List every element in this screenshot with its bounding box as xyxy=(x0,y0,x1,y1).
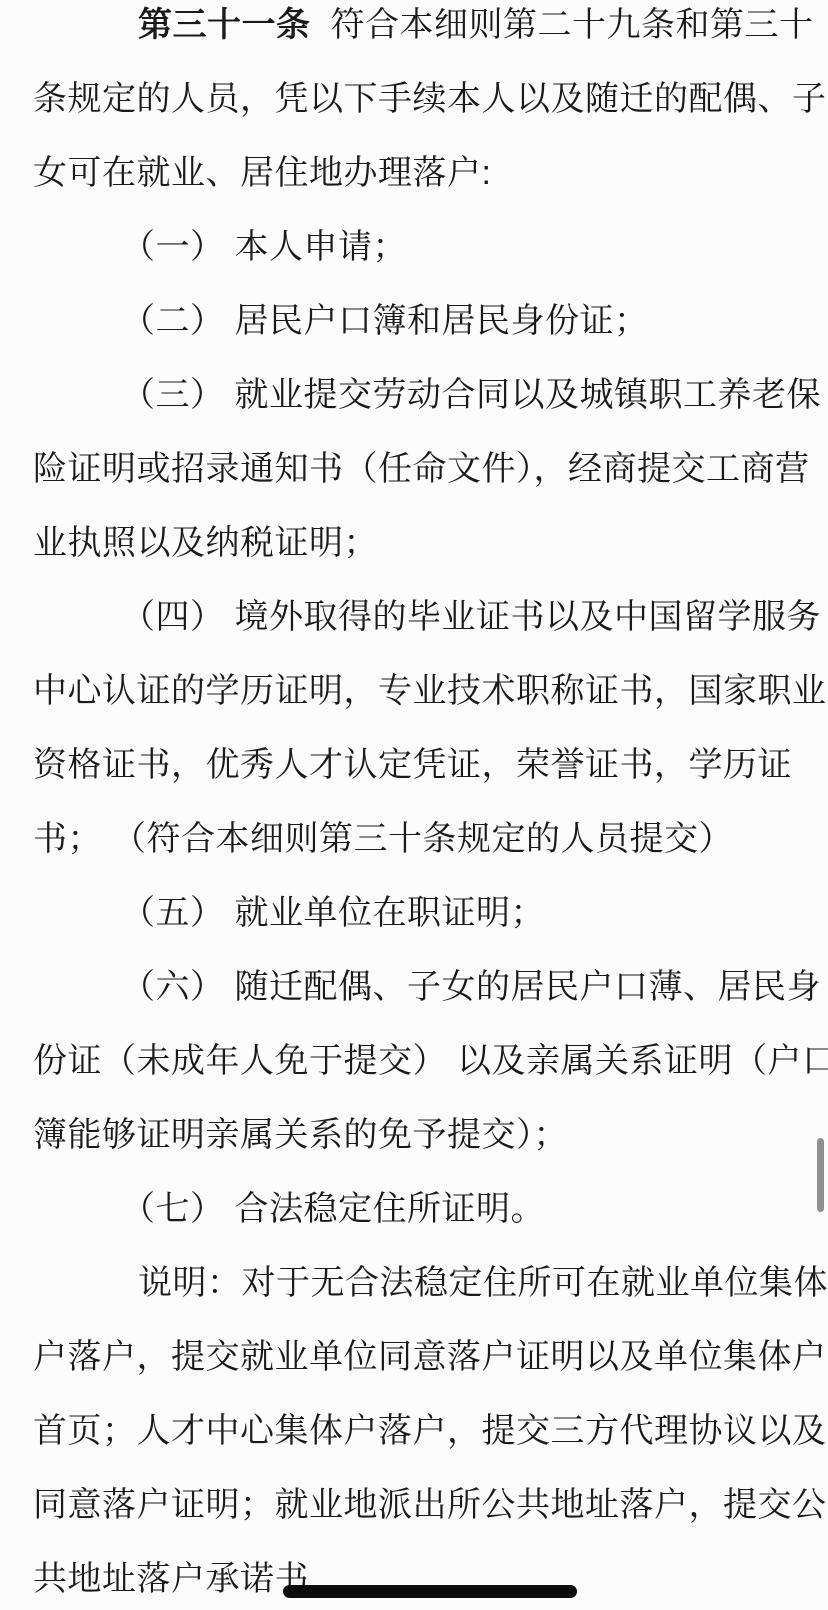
text-line: 同意落户证明；就业地派出所公共地址落户，提交公 xyxy=(33,1468,795,1542)
list-item-7: （七） 合法稳定住所证明。 xyxy=(33,1172,795,1246)
list-item-3: （三） 就业提交劳动合同以及城镇职工养老保 xyxy=(33,358,795,432)
list-item-1: （一） 本人申请； xyxy=(33,210,795,284)
text-line: 共地址落户承诺书 xyxy=(33,1542,795,1610)
article-text-block: 第三十一条符合本细则第二十九条和第三十 条规定的人员，凭以下手续本人以及随迁的配… xyxy=(33,0,795,1610)
text-line: 女可在就业、居住地办理落户: xyxy=(33,136,795,210)
article-number: 第三十一条 xyxy=(138,6,311,44)
redaction-bar-icon xyxy=(283,1585,577,1598)
line-text: 符合本细则第二十九条和第三十 xyxy=(331,6,814,44)
text-line: 资格证书，优秀人才认定凭证，荣誉证书，学历证 xyxy=(33,728,795,802)
text-line: 条规定的人员，凭以下手续本人以及随迁的配偶、子 xyxy=(33,62,795,136)
list-item-6: （六） 随迁配偶、子女的居民户口薄、居民身 xyxy=(33,950,795,1024)
text-line: 中心认证的学历证明，专业技术职称证书，国家职业 xyxy=(33,654,795,728)
text-line: 首页；人才中心集体户落户，提交三方代理协议以及 xyxy=(33,1394,795,1468)
text-line: 簿能够证明亲属关系的免予提交）； xyxy=(33,1098,795,1172)
document-page: 第三十一条符合本细则第二十九条和第三十 条规定的人员，凭以下手续本人以及随迁的配… xyxy=(0,0,828,1610)
text-line: 险证明或招录通知书（任命文件），经商提交工商营 xyxy=(33,432,795,506)
list-item-2: （二） 居民户口簿和居民身份证； xyxy=(33,284,795,358)
note-line: 说明：对于无合法稳定住所可在就业单位集体 xyxy=(33,1246,795,1320)
line-text: 共地址落户承诺书 xyxy=(33,1560,309,1598)
text-line: 业执照以及纳税证明； xyxy=(33,506,795,580)
scrollbar-thumb[interactable] xyxy=(817,1138,824,1212)
text-line: 第三十一条符合本细则第二十九条和第三十 xyxy=(33,0,795,62)
list-item-4: （四） 境外取得的毕业证书以及中国留学服务 xyxy=(33,580,795,654)
text-line: 书； （符合本细则第三十条规定的人员提交） xyxy=(33,802,795,876)
text-line: 份证（未成年人免于提交） 以及亲属关系证明（户口 xyxy=(33,1024,795,1098)
list-item-5: （五） 就业单位在职证明； xyxy=(33,876,795,950)
text-line: 户落户，提交就业单位同意落户证明以及单位集体户 xyxy=(33,1320,795,1394)
